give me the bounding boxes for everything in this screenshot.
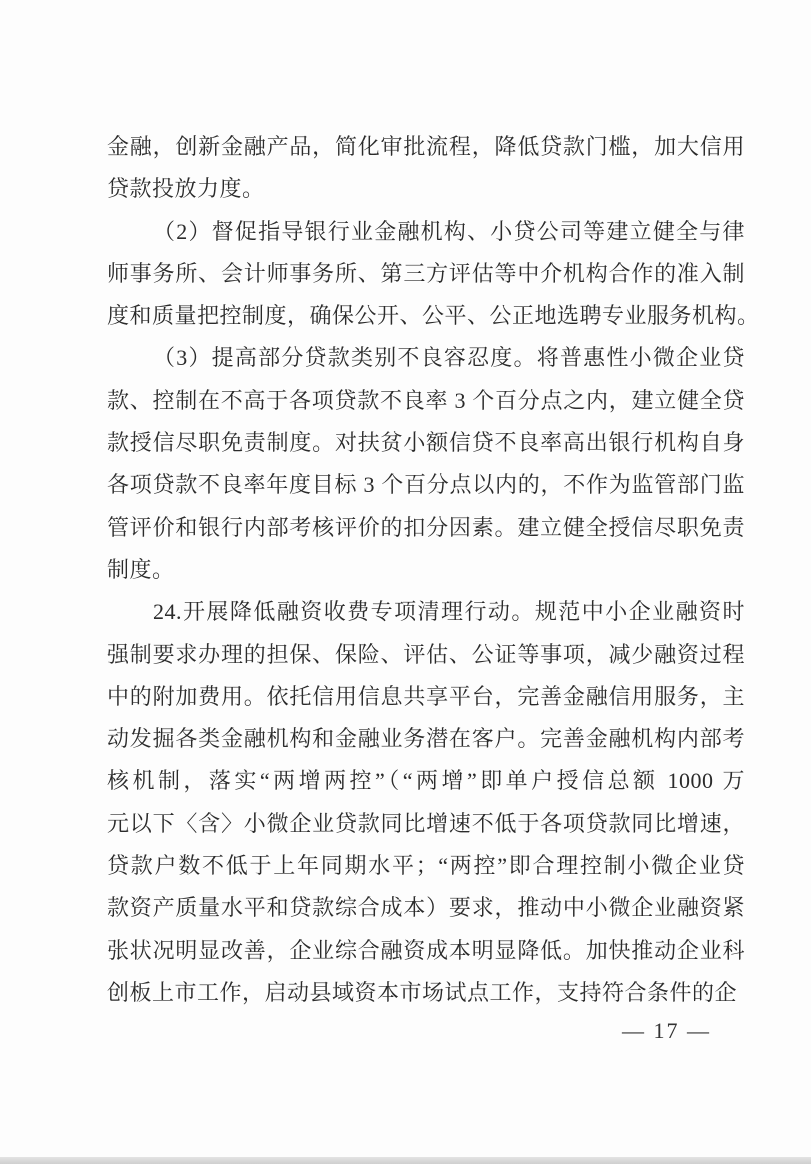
text-line: 款资产质量水平和贷款综合成本）要求，推动中小微企业融资紧 [107,887,745,929]
text-line: 创板上市工作，启动县域资本市场试点工作，支持符合条件的企 [107,972,745,1014]
text-line: 师事务所、会计师事务所、第三方评估等中介机构合作的准入制 [107,253,745,295]
text-line: 元以下〈含〉小微企业贷款同比增速不低于各项贷款同比增速， [107,803,745,845]
text-line: 张状况明显改善，企业综合融资成本明显降低。加快推动企业科 [107,930,745,972]
paragraph: （2）督促指导银行业金融机构、小贷公司等建立健全与律师事务所、会计师事务所、第三… [107,211,745,338]
text-line: 金融，创新金融产品，简化审批流程，降低贷款门槛，加大信用 [107,126,745,168]
document-body: 金融，创新金融产品，简化审批流程，降低贷款门槛，加大信用贷款投放力度。（2）督促… [107,126,745,1014]
text-line: 款授信尽职免责制度。对扶贫小额信贷不良率高出银行机构自身 [107,422,745,464]
text-line: 贷款投放力度。 [107,168,745,210]
paragraph: 金融，创新金融产品，简化审批流程，降低贷款门槛，加大信用贷款投放力度。 [107,126,745,211]
text-line: 贷款户数不低于上年同期水平；“两控”即合理控制小微企业贷 [107,845,745,887]
scan-edge [0,1157,811,1164]
text-line: 核机制，落实“两增两控”（“两增”即单户授信总额 1000 万 [107,760,745,802]
paragraph: （3）提高部分贷款类别不良容忍度。将普惠性小微企业贷款、控制在不高于各项贷款不良… [107,337,745,591]
text-line: 动发掘各类金融机构和金融业务潜在客户。完善金融机构内部考 [107,718,745,760]
text-line: 强制要求办理的担保、保险、评估、公证等事项，减少融资过程 [107,634,745,676]
text-line: （2）督促指导银行业金融机构、小贷公司等建立健全与律 [107,211,745,253]
text-line: 制度。 [107,549,745,591]
text-line: 管评价和银行内部考核评价的扣分因素。建立健全授信尽职免责 [107,507,745,549]
page-number: — 17 — [107,1018,745,1044]
text-line: 各项贷款不良率年度目标 3 个百分点以内的，不作为监管部门监 [107,464,745,506]
text-line: 度和质量把控制度，确保公开、公平、公正地选聘专业服务机构。 [107,295,745,337]
paragraph: 24.开展降低融资收费专项清理行动。规范中小企业融资时强制要求办理的担保、保险、… [107,591,745,1014]
text-line: 24.开展降低融资收费专项清理行动。规范中小企业融资时 [107,591,745,633]
text-line: 款、控制在不高于各项贷款不良率 3 个百分点之内，建立健全贷 [107,380,745,422]
text-line: （3）提高部分贷款类别不良容忍度。将普惠性小微企业贷 [107,337,745,379]
text-line: 中的附加费用。依托信用信息共享平台，完善金融信用服务，主 [107,676,745,718]
document-page: 金融，创新金融产品，简化审批流程，降低贷款门槛，加大信用贷款投放力度。（2）督促… [0,0,811,1164]
